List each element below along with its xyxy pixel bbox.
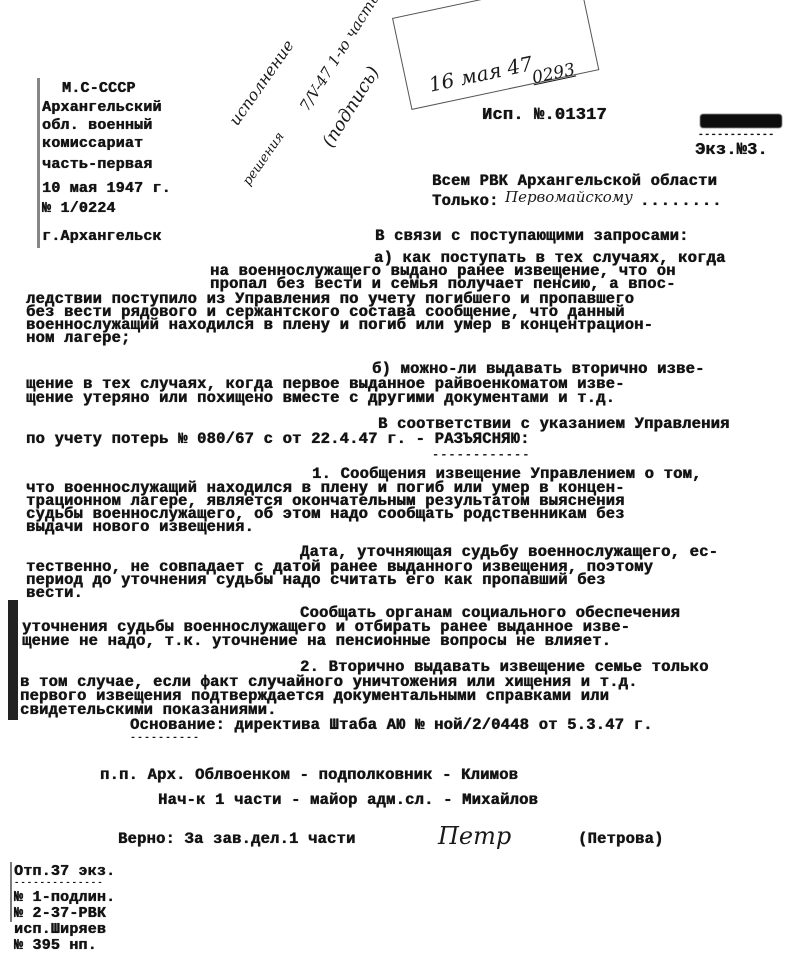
header-region: Архангельский xyxy=(42,99,162,118)
copy-number: Экз.№3. xyxy=(695,143,768,158)
item-b-line: щение утеряно или похищено вместе с друг… xyxy=(26,391,615,406)
social-paragraph-line: щение не надо, т.к. уточнение на пенсион… xyxy=(22,634,611,649)
footer-executor: исп.Ширяев xyxy=(14,922,106,937)
registration-stamp xyxy=(392,0,599,110)
date-paragraph-line: вести. xyxy=(26,586,83,601)
addressee-line: Всем РВК Архангельской области xyxy=(432,174,717,189)
footer-original: № 1-подлин. xyxy=(14,890,115,905)
footer-copies: Отп.37 экз. xyxy=(14,864,115,879)
signature-commissar: п.п. Арх. Облвоенком - подполковник - Кл… xyxy=(100,768,518,783)
handwritten-line-2: исполнение xyxy=(225,36,298,129)
header-city: г.Архангельск xyxy=(42,228,162,247)
footer-underline: ‐‐‐‐‐‐‐‐‐‐‐‐‐‐ xyxy=(14,878,104,888)
scanned-document-page: М.С-СССР Архангельский обл. военный коми… xyxy=(0,0,800,962)
header-number: № 1/0224 xyxy=(42,200,116,219)
header-department: часть-первая xyxy=(42,156,152,175)
basis-line: Основание: директива Штаба АЮ № ной/2/04… xyxy=(130,718,653,733)
addressee-only-label: Только: xyxy=(432,194,499,209)
header-date: 10 мая 1947 г. xyxy=(42,180,171,199)
scan-margin-artifact-bottom xyxy=(8,600,18,720)
document-number: Исп. №.01317 xyxy=(482,108,607,123)
signature-name-petrova: (Петрова) xyxy=(578,832,664,847)
body-intro: В связи с поступающими запросами: xyxy=(375,229,689,244)
handwritten-signature-petrova: Петр xyxy=(438,822,511,850)
footer-margin-line xyxy=(10,862,12,922)
header-ministry: М.С-СССР xyxy=(62,80,136,99)
header-commissariat: комиссариат xyxy=(42,135,143,154)
handwritten-line-1: 7/V-47 1-ю часть xyxy=(296,0,383,114)
reference-line: по учету потерь № 080/67 с от 22.4.47 г.… xyxy=(26,432,530,447)
point-1-line: выдачи нового извещения. xyxy=(26,520,254,535)
signature-certified-label: Верно: За зав.дел.1 части xyxy=(118,832,356,847)
addressee-dots: ........ xyxy=(640,194,722,209)
signature-chief: Нач-к 1 части - майор адм.сл. - Михайлов xyxy=(158,793,538,808)
footer-copies-rvk: № 2-37-РВК xyxy=(14,906,106,921)
explain-underline: ‐‐‐‐‐‐‐‐‐‐‐‐ xyxy=(432,448,530,462)
footer-np-number: № 395 нп. xyxy=(14,938,97,953)
redacted-classification xyxy=(700,114,782,128)
scan-margin-artifact-top xyxy=(37,78,40,248)
addressee-handwritten: Первомайскому xyxy=(505,188,633,206)
basis-underline: ‐‐‐‐‐‐‐‐‐‐ xyxy=(130,733,200,744)
header-military: обл. военный xyxy=(42,117,152,136)
date-paragraph-line: период до уточнения судьбы надо считать … xyxy=(26,573,606,588)
item-a-line: ном лагере; xyxy=(26,331,131,346)
handwritten-line-3: решения xyxy=(240,130,288,189)
